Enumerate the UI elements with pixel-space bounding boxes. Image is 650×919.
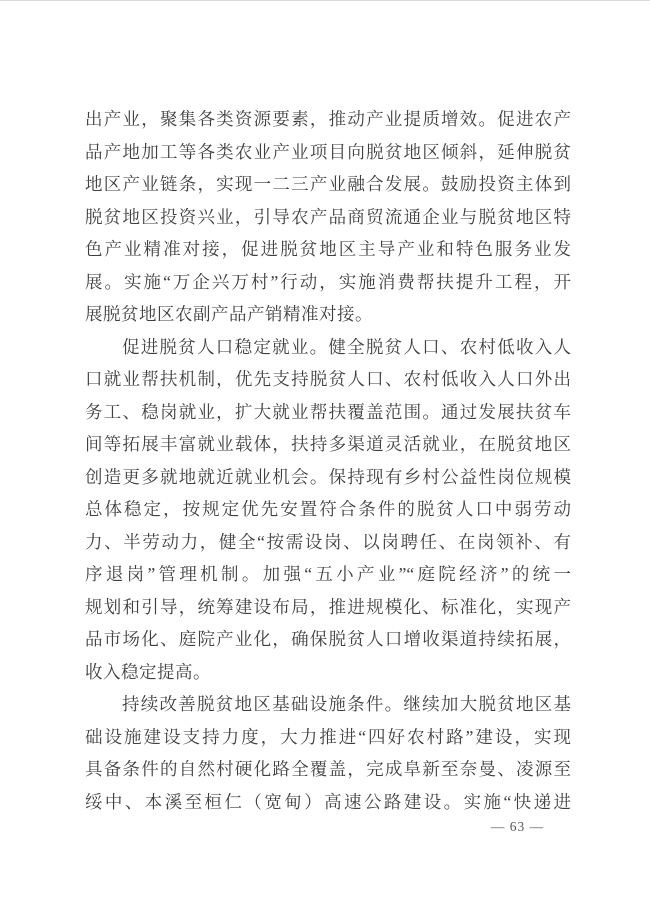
text-line: 品产地加工等各类农业产业项目向脱贫地区倾斜，延伸脱贫	[85, 136, 571, 169]
text-line: 口就业帮扶机制，优先支持脱贫人口、农村低收入人口外出	[85, 363, 571, 396]
text-line: 展。实施“万企兴万村”行动，实施消费帮扶提升工程，开	[85, 266, 571, 299]
text-line: 务工、稳岗就业，扩大就业帮扶覆盖范围。通过发展扶贫车	[85, 396, 571, 429]
text-line: 力、半劳动力，健全“按需设岗、以岗聘任、在岗领补、有	[85, 526, 571, 559]
document-lines: 出产业，聚集各类资源要素，推动产业提质增效。促进农产品产地加工等各类农业产业项目…	[85, 103, 571, 818]
text-line: 绥中、本溪至桓仁（宽甸）高速公路建设。实施“快递进	[85, 786, 571, 819]
text-line: 收入稳定提高。	[85, 656, 571, 689]
text-line: 础设施建设支持力度，大力推进“四好农村路”建设，实现	[85, 721, 571, 754]
text-line: 促进脱贫人口稳定就业。健全脱贫人口、农村低收入人	[85, 331, 571, 364]
scan-edge-artifact	[0, 0, 650, 1]
text-line: 总体稳定，按规定优先安置符合条件的脱贫人口中弱劳动	[85, 493, 571, 526]
text-line: 创造更多就地就近就业机会。保持现有乡村公益性岗位规模	[85, 461, 571, 494]
text-line: 持续改善脱贫地区基础设施条件。继续加大脱贫地区基	[85, 688, 571, 721]
text-line: 展脱贫地区农副产品产销精准对接。	[85, 298, 571, 331]
text-line: 出产业，聚集各类资源要素，推动产业提质增效。促进农产	[85, 103, 571, 136]
page-number: — 63 —	[480, 817, 555, 837]
text-line: 脱贫地区投资兴业，引导农产品商贸流通企业与脱贫地区特	[85, 201, 571, 234]
text-line: 品市场化、庭院产业化，确保脱贫人口增收渠道持续拓展，	[85, 623, 571, 656]
text-line: 规划和引导，统筹建设布局，推进规模化、标准化，实现产	[85, 591, 571, 624]
text-line: 色产业精准对接，促进脱贫地区主导产业和特色服务业发	[85, 233, 571, 266]
document-page: 出产业，聚集各类资源要素，推动产业提质增效。促进农产品产地加工等各类农业产业项目…	[0, 0, 650, 919]
text-line: 地区产业链条，实现一二三产业融合发展。鼓励投资主体到	[85, 168, 571, 201]
text-line: 间等拓展丰富就业载体，扶持多渠道灵活就业，在脱贫地区	[85, 428, 571, 461]
text-line: 序退岗”管理机制。加强“五小产业”“庭院经济”的统一	[85, 558, 571, 591]
text-line: 具备条件的自然村硬化路全覆盖，完成阜新至奈曼、凌源至	[85, 753, 571, 786]
